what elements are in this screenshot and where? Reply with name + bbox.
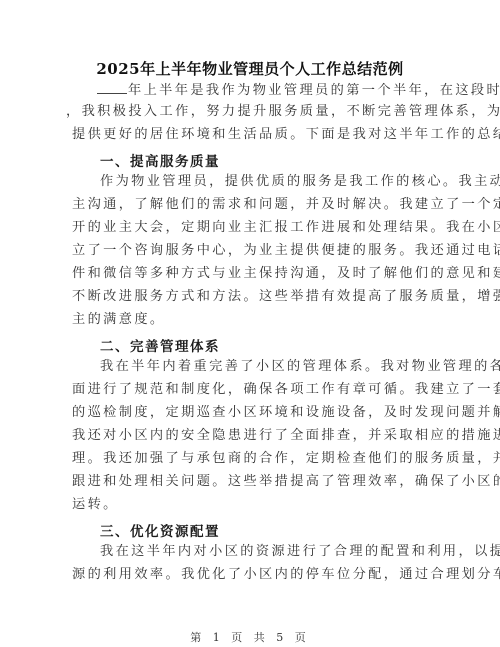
section-1-line-5: 件和微信等多种方式与业主保持沟通，及时了解他们的意见和建议， (72, 266, 440, 282)
intro-line-2: ，我积极投入工作，努力提升服务质量，不断完善管理体系，为业主 (66, 104, 434, 120)
intro-line-1: 年上半年是我作为物业管理员的第一个半年，在这段时间里 (72, 81, 440, 99)
section-3-line-2: 源的利用效率。我优化了小区内的停车位分配，通过合理划分车位区 (72, 567, 440, 583)
section-2-line-3: 的巡检制度，定期巡查小区环境和设施设备，及时发现问题并解决。 (72, 405, 440, 421)
section-1-line-4: 立了一个咨询服务中心，为业主提供便捷的服务。我还通过电话、邮 (72, 243, 440, 259)
section-3-heading: 三、优化资源配置 (100, 520, 220, 540)
intro-text-1: 年上半年是我作为物业管理员的第一个半年，在这段时间里 (128, 83, 500, 98)
section-2-heading: 二、完善管理体系 (100, 335, 220, 355)
section-2-line-1: 我在半年内着重完善了小区的管理体系。我对物业管理的各个方 (100, 359, 468, 375)
document-page: 2025年上半年物业管理员个人工作总结范例 年上半年是我作为物业管理员的第一个半… (0, 0, 500, 647)
section-1-line-2: 主沟通，了解他们的需求和问题，并及时解决。我建立了一个定期召 (72, 197, 440, 213)
section-2-line-7: 运转。 (72, 497, 440, 513)
page-footer: 第 1 页 共 5 页 (0, 629, 500, 645)
section-3-line-1: 我在这半年内对小区的资源进行了合理的配置和利用，以提高资 (100, 544, 468, 560)
intro-line-3: 提供更好的居住环境和生活品质。下面是我对这半年工作的总结。 (72, 127, 440, 143)
section-2-line-2: 面进行了规范和制度化，确保各项工作有章可循。我建立了一套科学 (72, 382, 440, 398)
section-2-line-5: 理。我还加强了与承包商的合作，定期检查他们的服务质量，并及时 (72, 451, 440, 467)
section-1-heading: 一、提高服务质量 (100, 150, 220, 170)
document-title: 2025年上半年物业管理员个人工作总结范例 (0, 58, 500, 79)
year-blank (97, 81, 127, 94)
section-1-line-3: 开的业主大会，定期向业主汇报工作进展和处理结果。我在小区内设 (72, 220, 440, 236)
section-2-line-4: 我还对小区内的安全隐患进行了全面排查，并采取相应的措施进行处 (72, 428, 440, 444)
section-1-line-6: 不断改进服务方式和方法。这些举措有效提高了服务质量，增强了业 (72, 289, 440, 305)
section-1-line-1: 作为物业管理员，提供优质的服务是我工作的核心。我主动与业 (100, 174, 468, 190)
section-1-line-7: 主的满意度。 (72, 312, 440, 328)
section-2-line-6: 跟进和处理相关问题。这些举措提高了管理效率，确保了小区的正常 (72, 474, 440, 490)
